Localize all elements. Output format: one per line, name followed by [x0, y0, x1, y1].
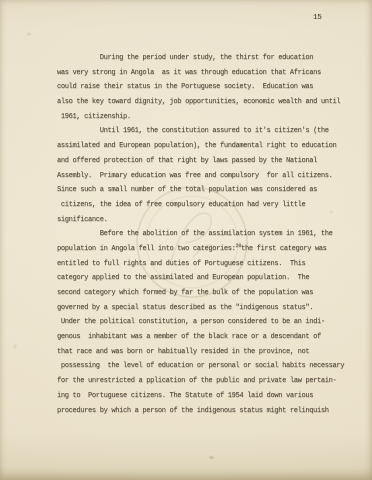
text-segment: entitled to full rights and duties of Po… [57, 260, 305, 268]
text-segment: that race and was born or habitually res… [57, 348, 309, 356]
text-segment: citizens, the idea of free compulsory ed… [57, 201, 305, 209]
text-segment: Until 1961, the constitution assured to … [57, 127, 329, 135]
text-segment: ing to Portuguese citizens. The Statute … [57, 392, 313, 400]
text-segment: genous inhabitant was a member of the bl… [57, 333, 321, 341]
text-segment: the first category was [241, 245, 326, 253]
text-line: possessing the level of education or per… [57, 359, 357, 374]
text-segment: for the unrestricted a pplication of the… [57, 377, 336, 385]
text-line: genous inhabitant was a member of the bl… [57, 330, 357, 345]
text-line: second category which formed by far the … [57, 286, 357, 301]
text-line: population in Angola fell into two categ… [57, 242, 357, 257]
text-line: and offered protection of that right by … [57, 154, 357, 169]
text-segment: Assembly. Primary education was free and… [57, 172, 333, 180]
text-segment: second category which formed by far the … [57, 289, 313, 297]
text-line: Before the abolition of the assimilation… [57, 227, 357, 242]
paper-speck [13, 344, 17, 349]
text-line: Under the political constitution, a pers… [57, 315, 357, 330]
text-segment: Since such a small number of the total p… [57, 186, 317, 194]
text-segment: Under the political constitution, a pers… [57, 318, 325, 326]
text-line: governed by a special status described a… [57, 301, 357, 316]
text-segment: assimilated and European population), th… [57, 142, 336, 150]
text-segment: significance. [57, 216, 107, 224]
text-line: significance. [57, 213, 357, 228]
typed-lines: During the period under study, the thirs… [57, 51, 357, 418]
text-line: for the unrestricted a pplication of the… [57, 374, 357, 389]
text-segment: also the key toward dignity, job opportu… [57, 98, 340, 106]
text-segment: 1961, citizenship. [57, 113, 131, 121]
text-line: ing to Portuguese citizens. The Statute … [57, 389, 357, 404]
text-line: Until 1961, the constitution assured to … [57, 124, 357, 139]
text-line: could raise their status in the Portugue… [57, 80, 357, 95]
text-line: that race and was born or habitually res… [57, 345, 357, 360]
text-segment: could raise their status in the Portugue… [57, 83, 313, 91]
text-segment: category applied to the assimilated and … [57, 274, 309, 282]
scanned-document-page: 15 During the period under study, the th… [0, 0, 372, 480]
text-line: also the key toward dignity, job opportu… [57, 95, 357, 110]
text-line: 1961, citizenship. [57, 110, 357, 125]
text-segment: was very strong in Angola as it was thro… [57, 69, 321, 77]
text-segment: and offered protection of that right by … [57, 157, 317, 165]
footnote-marker: 20 [236, 239, 242, 254]
text-line: was very strong in Angola as it was thro… [57, 66, 357, 81]
text-line: Since such a small number of the total p… [57, 183, 357, 198]
text-line: category applied to the assimilated and … [57, 271, 357, 286]
text-line: entitled to full rights and duties of Po… [57, 257, 357, 272]
text-segment: Before the abolition of the assimilation… [57, 230, 333, 238]
text-segment: possessing the level of education or per… [57, 362, 344, 370]
text-line: procedures by which a person of the indi… [57, 404, 357, 419]
text-segment: procedures by which a person of the indi… [57, 407, 329, 415]
paper-speck [27, 33, 31, 35]
text-segment: governed by a special status described a… [57, 304, 313, 312]
text-line: assimilated and European population), th… [57, 139, 357, 154]
text-segment: population in Angola fell into two categ… [57, 245, 236, 253]
page-number: 15 [313, 14, 322, 22]
paper-speck [209, 456, 214, 459]
text-line: citizens, the idea of free compulsory ed… [57, 198, 357, 213]
text-line: Assembly. Primary education was free and… [57, 169, 357, 184]
text-segment: During the period under study, the thirs… [57, 54, 313, 62]
text-line: During the period under study, the thirs… [57, 51, 357, 66]
paper-speck [330, 211, 333, 213]
